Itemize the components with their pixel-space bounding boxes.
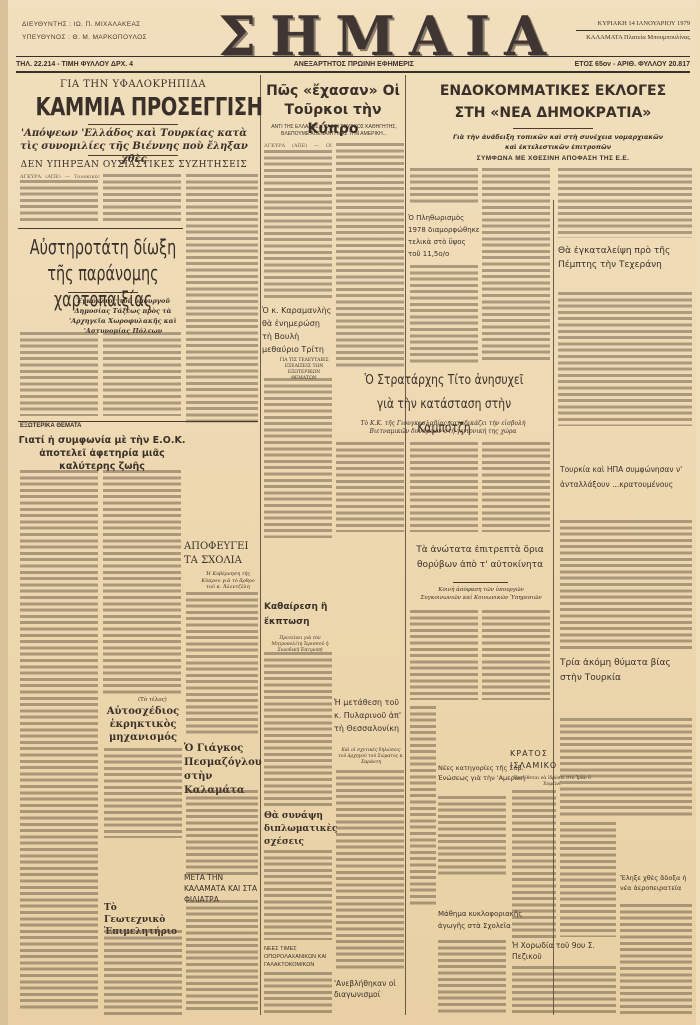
tito-deck: Τὸ Κ.Κ. τῆς Γιουγκοσλαβίας καταδικάζει τ… — [348, 420, 538, 436]
cyprus-dateline: ΑΓΚΥΡΑ (ΑΠΕ) — Οἱ τουρκικές ἐφημερίδες..… — [264, 143, 332, 149]
divider — [18, 228, 183, 229]
nd-headline-2: ΣΤΗ «ΝΕΑ ΔΗΜΟΚΡΑΤΙΑ» — [408, 102, 698, 124]
issue-location: ΚΑΛΑΜΑΤΑ Πλατεία Μπουμπουλίνας — [576, 34, 690, 41]
prices-body — [264, 972, 332, 1014]
divider — [68, 292, 138, 293]
cards-deck: Ἐγκύκλιος τοῦ ὑπουργοῦ Δημοσίας Τάξεως π… — [68, 296, 178, 336]
editor-line: ΥΠΕΥΘΥΝΟΣ : Θ. Μ. ΜΑΡΚΟΠΟΥΛΟΣ — [22, 31, 147, 44]
postponed-headline: 'Ανεβλήθηκαν οἱ διαγωνισμοί — [334, 978, 406, 1000]
avoids-deck: Ἡ Κυβέρνηση τῆς Κύπρου γιὰ τὸ ἄρθρο τοῦ … — [198, 571, 258, 591]
tito-body-col3 — [482, 442, 550, 532]
nd-body-col2 — [482, 168, 550, 363]
noise-headline: Τὰ ἀνώτατα ἐπιτρεπτὰ ὅρια θορύβων ἀπὸ τ'… — [410, 543, 550, 573]
divider — [18, 421, 258, 422]
nd-body-col1 — [410, 168, 478, 206]
masthead-dateblock: ΚΥΡΙΑΚΗ 14 ΙΑΝΟΥΑΡΙΟΥ 1979 ΚΑΛΑΜΑΤΑ Πλατ… — [576, 20, 690, 41]
traffic-body — [438, 940, 506, 1014]
hostages-body — [620, 904, 692, 1014]
deposition-body — [264, 652, 332, 807]
tagline: ΑΝΕΞΑΡΤΗΤΟΣ ΠΡΩΙΝΗ ΕΦΗΜΕΡΙΣ — [294, 61, 414, 68]
misc-body-2 — [560, 822, 616, 937]
eec-end: (Τὸ τέλος) — [138, 697, 167, 703]
lead-headline: ΚΑΜΜΙΑ ΠΡΟΣΕΓΓΙΣΗ — [36, 92, 231, 121]
page-edge — [0, 0, 8, 1025]
masthead-info-strip: ΤΗΛ. 22.214 - ΤΙΜΗ ΦΥΛΛΟΥ ΔΡΧ. 4 ΑΝΕΞΑΡΤ… — [16, 56, 690, 73]
pylarinos-body — [336, 770, 404, 970]
diplomatic-headline: Θὰ συνάψη διπλωματικὲς σχέσεις — [264, 810, 334, 849]
karamanlis-headline: Ὁ κ. Καραμανλὴς θὰ ἐνημερώσῃ τὴ Βουλὴ με… — [262, 304, 332, 356]
noise-deck: Κοινὴ ἀπόφαση τῶν ὑπουργῶν Συγκοινωνιῶν … — [418, 586, 544, 602]
usa-turkey-body — [560, 520, 692, 652]
eec-body-col2 — [103, 470, 181, 695]
issue-number: ΕΤΟΣ 65ον - ΑΡΙΘ. ΦΥΛΛΟΥ 20.817 — [575, 61, 690, 68]
nd-deck: Γιὰ τὴν ἀνάδειξη τοπικῶν καὶ στὴ συνέχει… — [448, 132, 668, 152]
nd-subhead: ΣΥΜΦΩΝΑ ΜΕ ΧΘΕΣΙΝΗ ΑΠΟΦΑΣΗ ΤΗΣ Ε.Ε. — [408, 155, 698, 162]
pylarinos-headline: Ἡ μετάθεση τοῦ κ. Πυλαρινοῦ ἀπ' τὴ Θεσσα… — [334, 696, 406, 735]
tehran-body — [558, 292, 692, 426]
lead-body-col3 — [186, 174, 258, 424]
bombs-headline: Αὐτοσχέδιος ἐκρηκτικὸς μηχανισμός — [103, 705, 183, 744]
tito-body-col2 — [410, 442, 478, 532]
avoids-body — [186, 592, 258, 737]
noise-body-col2 — [482, 610, 550, 700]
masthead-credits: ΔΙΕΥΘΥΝΤΗΣ : ΙΩ. Π. ΜΙΧΑΛΑΚΕΑΣ ΥΠΕΥΘΥΝΟΣ… — [22, 18, 147, 44]
tito-body-col1 — [336, 442, 404, 532]
eec-body-col1 — [20, 470, 98, 1010]
filiatra-body — [186, 900, 258, 1012]
giagkos-body — [186, 790, 258, 875]
diplomatic-body — [264, 850, 332, 940]
cyprus-body-col2 — [336, 143, 404, 368]
bombs-body — [104, 748, 182, 838]
issue-date: ΚΥΡΙΑΚΗ 14 ΙΑΝΟΥΑΡΙΟΥ 1979 — [576, 20, 690, 31]
prices-headline: ΝΕΕΣ ΤΙΜΕΣ ΟΠΩΡΟΛΑΧΑΝΙΚΩΝ ΚΑΙ ΓΑΛΑΚΤΟΚΟΜ… — [264, 945, 334, 969]
nd-body-col3 — [558, 168, 692, 238]
chorodia-headline: Ἡ Χορωδία τοῦ 9ου Σ. Πεζικοῦ — [512, 940, 616, 962]
newspaper-page: ΔΙΕΥΘΥΝΤΗΣ : ΙΩ. Π. ΜΙΧΑΛΑΚΕΑΣ ΥΠΕΥΘΥΝΟΣ… — [8, 0, 696, 1025]
lead-dateline: ΑΓΚΥΡΑ (ΑΠΕ) — Τουρκικές πηγές... — [20, 174, 100, 178]
lead-subhead: ΔΕΝ ΥΠΗΡΞΑΝ ΟΥΣΙΑΣΤΙΚΕΣ ΣΥΖΗΤΗΣΕΙΣ — [8, 160, 260, 170]
deposition-headline: Καθαίρεση ἢ ἔκπτωση — [264, 600, 334, 630]
avoids-headline: ΑΠΟΦΕΥΓΕΙ ΤΑ ΣΧΟΛΙΑ — [184, 540, 258, 568]
lead-body-col2 — [103, 174, 181, 224]
section-label: ΕΞΩΤΕΡΙΚΑ ΘΕΜΑΤΑ — [20, 423, 81, 429]
tehran-headline: Θὰ ἐγκαταλείψη πρὸ τῆς Πέμπτης τὴν Τεχερ… — [558, 244, 692, 272]
usa-turkey-headline: Τουρκία καὶ ΗΠΑ συμφώνησαν ν' ἀνταλλάξου… — [560, 462, 692, 492]
noise-body-col1 — [410, 610, 478, 700]
divider — [88, 155, 178, 156]
column-rule — [405, 75, 406, 1015]
divider — [453, 582, 508, 583]
divider — [88, 124, 178, 125]
lead-body-col1 — [20, 180, 98, 224]
soviet-body — [438, 796, 506, 876]
violence-headline: Τρία ἀκόμη θύματα βίας στὴν Τουρκία — [560, 656, 692, 686]
misc-body — [410, 706, 436, 906]
eec-headline: Γιατί ἡ συμφωνία μὲ τὴν Ε.Ο.Κ. ἀποτελεῖ … — [18, 434, 186, 473]
cyprus-body-col1 — [264, 150, 332, 300]
nd-headline-1: ΕΝΔΟΚΟΜΜΑΤΙΚΕΣ ΕΚΛΟΓΕΣ — [408, 80, 698, 102]
lead-kicker: ΓΙΑ ΤΗΝ ΥΦΑΛΟΚΡΗΠΙΔΑ — [10, 79, 256, 90]
karamanlis-body — [264, 378, 332, 538]
director-line: ΔΙΕΥΘΥΝΤΗΣ : ΙΩ. Π. ΜΙΧΑΛΑΚΕΑΣ — [22, 18, 147, 31]
pylarinos-deck: Καὶ οἱ σχετικὲς δηλώσεις τοῦ ἀρχηγοῦ τοῦ… — [338, 748, 404, 766]
cards-body-col2 — [103, 332, 181, 416]
geotech-body — [104, 930, 182, 1015]
islamic-deck: Προτίθεται νὰ ἱδρύσει στὸ Ἰρὰν ὁ Χομεϊνί — [512, 776, 592, 788]
cards-body-col1 — [20, 332, 98, 416]
traffic-headline: Μάθημα κυκλοφοριακῆς ἀγωγῆς στὰ Σχολεῖα — [438, 908, 528, 932]
inflation-headline: Ὁ Πληθωρισμὸς 1978 διαμορφώθηκε τελικὰ σ… — [408, 212, 480, 260]
phone-price: ΤΗΛ. 22.214 - ΤΙΜΗ ΦΥΛΛΟΥ ΔΡΧ. 4 — [16, 61, 133, 68]
cyprus-deck: ΑΝΤΙ ΤΗΣ ΕΛΛΑΔΟΣ, ΓΡΑΦΕΙ ΤΟΥΡΚΟΣ ΚΑΘΗΓΗΤ… — [270, 124, 398, 138]
inflation-body — [410, 265, 478, 365]
chorodia-body — [512, 966, 616, 1014]
divider — [513, 128, 593, 129]
hostages-headline: Ἔληξε χθὲς ἄδοξα ἡ νέα ἀεροπειρατεία — [620, 873, 692, 893]
column-rule — [260, 75, 261, 1015]
islamic-headline: ΚΡΑΤΟΣ ΙΣΛΑΜΙΚΟ — [510, 748, 590, 772]
